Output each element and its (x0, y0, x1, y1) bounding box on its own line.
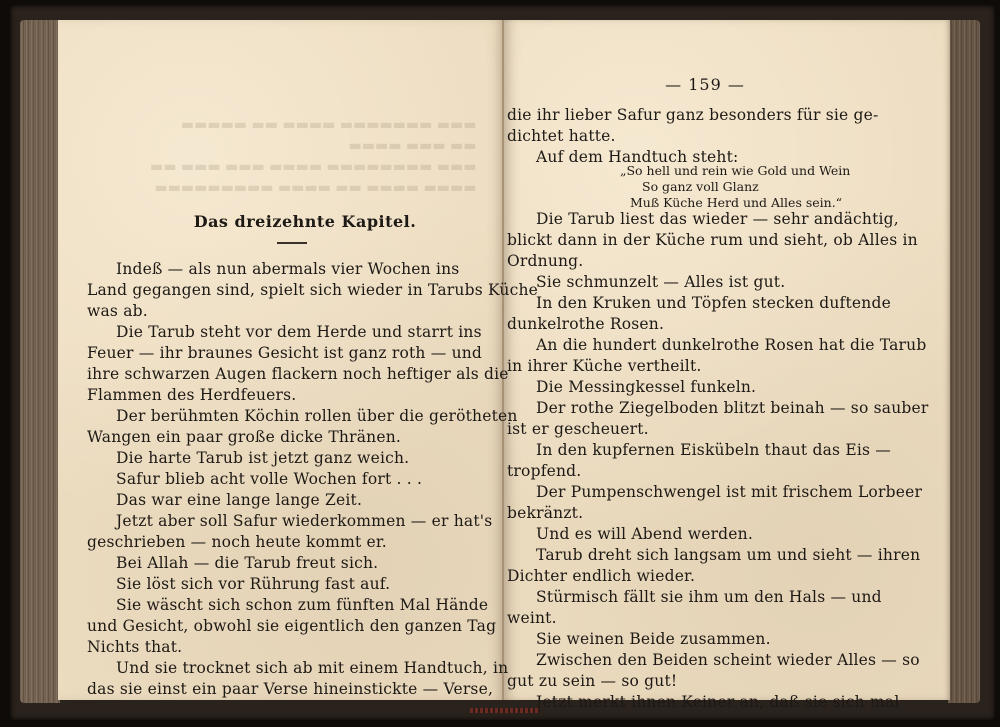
text-line: Land gegangen sind, spielt sich wieder i… (87, 280, 443, 301)
text-line: ist er gescheuert. (507, 419, 878, 440)
text-line: Flammen des Herdfeuers. (87, 385, 443, 406)
text-line: gut zu sein — so gut! (507, 671, 878, 692)
text-line: Dichter endlich wieder. (507, 566, 878, 587)
text-line: Stürmisch fällt sie ihm um den Hals — un… (507, 587, 878, 608)
text-line: Feuer — ihr braunes Gesicht ist ganz rot… (87, 343, 443, 364)
text-line: Jetzt aber soll Safur wiederkommen — er … (87, 511, 443, 532)
text-line: Sie löst sich vor Rührung fast auf. (87, 574, 443, 595)
text-line: blickt dann in der Küche rum und sieht, … (507, 230, 878, 251)
text-line: Der berühmten Köchin rollen über die ger… (87, 406, 443, 427)
text-line: tropfend. (507, 461, 878, 482)
text-line: Wangen ein paar große dicke Thränen. (87, 427, 443, 448)
chapter-title: Das dreizehnte Kapitel. (140, 212, 470, 231)
text-line: dichtet hatte. (507, 126, 878, 147)
text-line: dunkelrothe Rosen. (507, 314, 878, 335)
embroidered-verse: „So hell und rein wie Gold und Wein So g… (620, 163, 880, 211)
text-line: und Gesicht, obwohl sie eigentlich den g… (87, 616, 443, 637)
show-through-texture: ▬▬▬ ▬▬▬▬▬▬▬ ▬▬▬▬ ▬▬ ▬▬▬▬▬ ▬▬ ▬▬▬ ▬▬▬▬ ▬▬… (150, 115, 476, 199)
verse-line: So ganz voll Glanz (620, 179, 880, 195)
spine-label (470, 708, 540, 713)
text-line: Bei Allah — die Tarub freut sich. (87, 553, 443, 574)
text-line: Jetzt merkt ihnen Keiner an, daß sie sic… (507, 692, 878, 713)
page-edges-right (948, 20, 980, 703)
text-line: Indeß — als nun abermals vier Wochen ins (87, 259, 443, 280)
text-line: geschrieben — noch heute kommt er. (87, 532, 443, 553)
text-line: Die Tarub steht vor dem Herde und starrt… (87, 322, 443, 343)
text-line: Und es will Abend werden. (507, 524, 878, 545)
text-line: Die Tarub liest das wieder — sehr andäch… (507, 209, 878, 230)
text-line: Sie weinen Beide zusammen. (507, 629, 878, 650)
text-line: weint. (507, 608, 878, 629)
page-number: — 159 — (620, 75, 790, 94)
text-line: Der Pumpenschwengel ist mit frischem Lor… (507, 482, 878, 503)
text-line: Ordnung. (507, 251, 878, 272)
text-line: Safur blieb acht volle Wochen fort . . . (87, 469, 443, 490)
text-line: Zwischen den Beiden scheint wieder Alles… (507, 650, 878, 671)
page-edges-left (20, 20, 60, 703)
text-line: In den Kruken und Töpfen stecken duftend… (507, 293, 878, 314)
text-line: Nichts that. (87, 637, 443, 658)
text-line: Sie wäscht sich schon zum fünften Mal Hä… (87, 595, 443, 616)
text-line: ihre schwarzen Augen flackern noch hefti… (87, 364, 443, 385)
text-line: Die Messingkessel funkeln. (507, 377, 878, 398)
verse-line: „So hell und rein wie Gold und Wein (620, 163, 880, 179)
text-line: Tarub dreht sich langsam um und sieht — … (507, 545, 878, 566)
text-line: Sie schmunzelt — Alles ist gut. (507, 272, 878, 293)
text-line: in ihrer Küche vertheilt. (507, 356, 878, 377)
text-line: die ihr lieber Safur ganz besonders für … (507, 105, 878, 126)
text-line: was ab. (87, 301, 443, 322)
text-line: Und sie trocknet sich ab mit einem Handt… (87, 658, 443, 679)
right-page-body: Die Tarub liest das wieder — sehr andäch… (507, 209, 878, 713)
chapter-divider (277, 242, 307, 244)
left-page-body: Indeß — als nun abermals vier Wochen ins… (87, 259, 443, 700)
text-line: Das war eine lange lange Zeit. (87, 490, 443, 511)
text-line: bekränzt. (507, 503, 878, 524)
text-line: In den kupfernen Eiskübeln thaut das Eis… (507, 440, 878, 461)
book-gutter (502, 20, 504, 700)
text-line: Der rothe Ziegelboden blitzt beinah — so… (507, 398, 878, 419)
text-line: Die harte Tarub ist jetzt ganz weich. (87, 448, 443, 469)
text-line: An die hundert dunkelrothe Rosen hat die… (507, 335, 878, 356)
text-line: das sie einst ein paar Verse hineinstick… (87, 679, 443, 700)
right-page-body-top: die ihr lieber Safur ganz besonders für … (507, 105, 878, 168)
